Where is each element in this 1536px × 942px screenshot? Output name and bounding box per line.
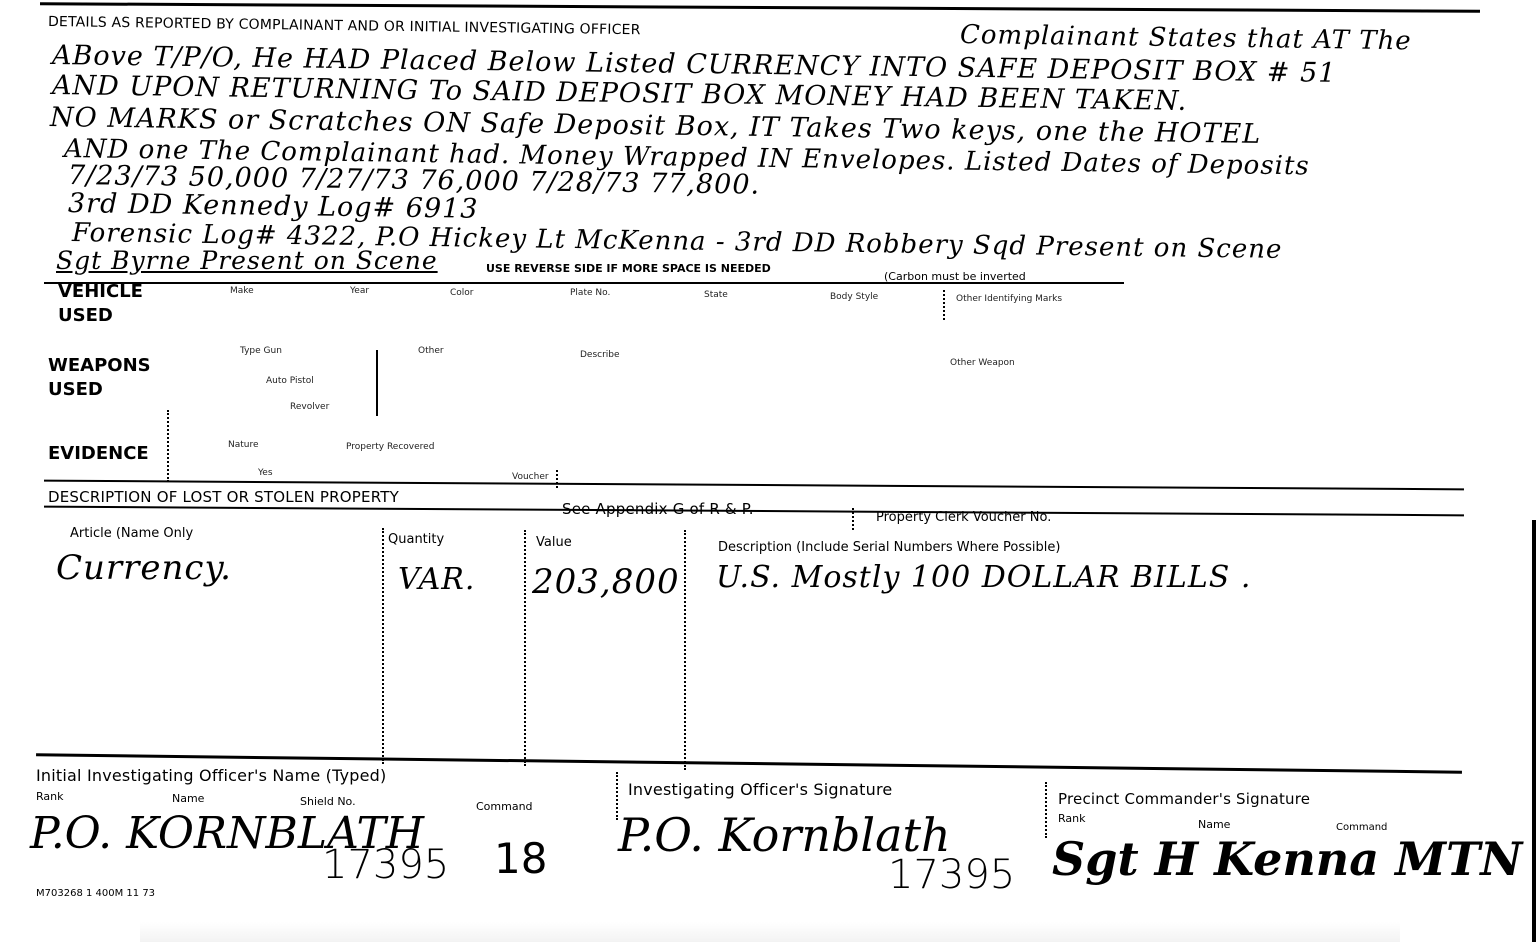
vehicle-label: VEHICLE USED (58, 280, 143, 328)
vehicle-field-plate[interactable]: Plate No. (570, 288, 610, 298)
signature-label: Investigating Officer's Signature (628, 780, 892, 799)
article-value: Currency. (56, 548, 232, 588)
article-column-header: Article (Name Only (70, 526, 193, 541)
description-column-header: Description (Include Serial Numbers Wher… (718, 540, 1060, 555)
evidence-field-yes[interactable]: Yes (258, 468, 273, 478)
weapons-field-describe[interactable]: Describe (580, 350, 620, 360)
evidence-divider (556, 470, 558, 488)
vehicle-field-year[interactable]: Year (350, 286, 369, 296)
commander-rank-label: Rank (1058, 812, 1085, 825)
weapons-field-revolver[interactable]: Revolver (290, 402, 329, 412)
quantity-column-divider (382, 528, 384, 764)
officer-section-label: Initial Investigating Officer's Name (Ty… (36, 766, 386, 785)
evidence-field-voucher[interactable]: Voucher (512, 472, 549, 482)
scan-bottom-shadow (140, 922, 1400, 942)
weapons-field-other[interactable]: Other (418, 346, 444, 356)
property-header-rule (44, 506, 1464, 517)
scan-edge-shadow (1532, 520, 1536, 942)
weapons-label-line1: WEAPONS (48, 354, 151, 378)
signature-divider-right (1045, 782, 1047, 838)
signature-shield-value: 17395 (888, 852, 1015, 898)
vehicle-label-line2: USED (58, 304, 143, 328)
evidence-field-nature[interactable]: Nature (228, 440, 259, 450)
narrative-line-1: Complainant States that AT The (960, 20, 1412, 56)
property-header: DESCRIPTION OF LOST OR STOLEN PROPERTY (48, 488, 399, 506)
weapons-label-line2: USED (48, 378, 151, 402)
evidence-field-property-recovered[interactable]: Property Recovered (346, 442, 434, 452)
commander-name-label: Name (1198, 818, 1230, 831)
details-bottom-rule (44, 282, 1124, 284)
description-column-divider (684, 530, 686, 770)
left-column-divider (167, 410, 169, 482)
form-number: M703268 1 400M 11 73 (36, 888, 155, 899)
weapons-label: WEAPONS USED (48, 354, 151, 402)
vehicle-label-line1: VEHICLE (58, 280, 143, 304)
officer-shield-label: Shield No. (300, 795, 356, 808)
description-value: U.S. Mostly 100 DOLLAR BILLS . (716, 560, 1251, 595)
details-header: DETAILS AS REPORTED BY COMPLAINANT AND O… (48, 14, 641, 38)
vehicle-field-body-style[interactable]: Body Style (830, 292, 878, 302)
quantity-column-header: Quantity (388, 532, 444, 547)
vehicle-field-make[interactable]: Make (230, 286, 254, 296)
officer-command-label: Command (476, 800, 533, 813)
officer-name-label: Name (172, 792, 204, 805)
vehicle-field-state[interactable]: State (704, 290, 728, 300)
commander-signature: Sgt H Kenna MTN (1052, 832, 1522, 886)
weapons-field-type-gun[interactable]: Type Gun (240, 346, 282, 356)
evidence-label: EVIDENCE (48, 442, 149, 466)
narrative-line-9: Sgt Byrne Present on Scene (56, 246, 438, 275)
vehicle-field-color[interactable]: Color (450, 288, 474, 298)
quantity-value: VAR. (398, 562, 475, 597)
weapons-field-other-weapon[interactable]: Other Weapon (950, 358, 1015, 368)
weapons-divider (376, 350, 378, 416)
top-border-rule (40, 2, 1480, 13)
weapons-field-auto-pistol[interactable]: Auto Pistol (266, 376, 314, 386)
vehicle-field-other-marks[interactable]: Other Identifying Marks (956, 294, 1062, 304)
officer-command-value: 18 (494, 834, 547, 883)
officer-shield-value: 17395 (322, 842, 449, 888)
value-column-divider (524, 530, 526, 766)
reverse-side-note: USE REVERSE SIDE IF MORE SPACE IS NEEDED (486, 262, 771, 275)
commander-label: Precinct Commander's Signature (1058, 790, 1310, 808)
vehicle-divider (943, 290, 945, 320)
value-column-header: Value (536, 535, 572, 550)
value-value: 203,800 (532, 562, 680, 602)
officer-rank-label: Rank (36, 790, 63, 803)
